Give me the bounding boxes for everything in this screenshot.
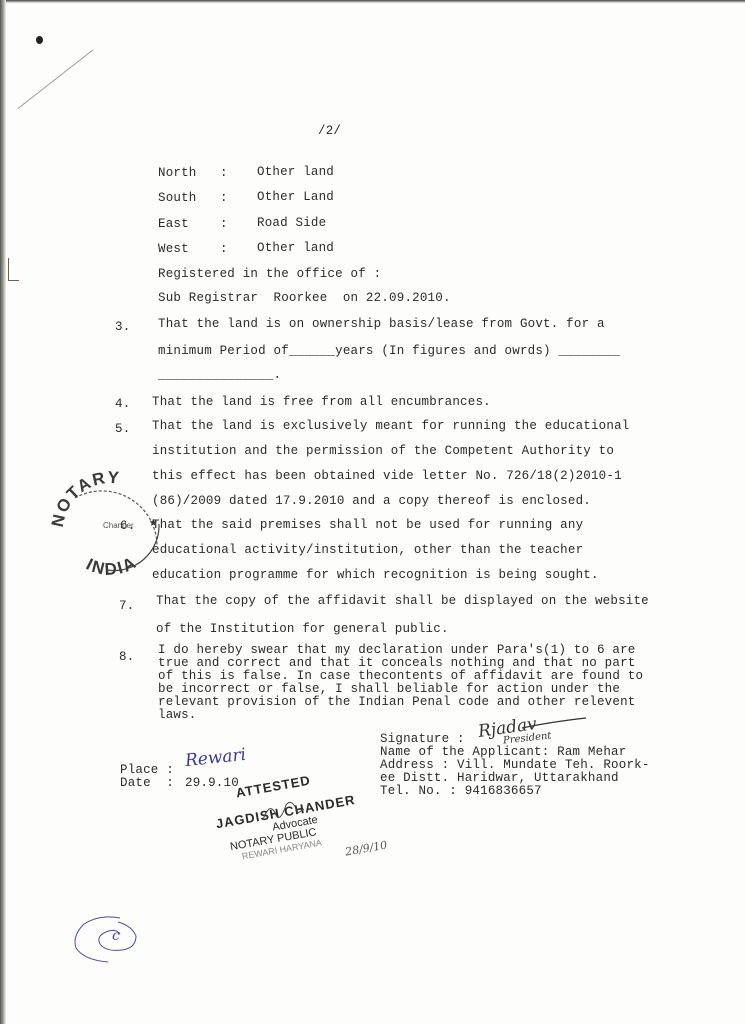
seal-star-icon: ★: [149, 515, 158, 531]
attested-signature-scribble: [258, 795, 308, 825]
seal-bottom-text: INDIA: [83, 552, 140, 579]
item-line: (86)/2009 dated 17.9.2010 and a copy the…: [152, 494, 591, 508]
item-number: 4.: [115, 397, 130, 411]
boundary-direction: East: [158, 217, 189, 231]
ink-blot: [36, 36, 43, 44]
applicant-telephone: Tel. No. : 9416836657: [380, 785, 542, 798]
item-line: minimum Period of______years (In figures…: [158, 344, 620, 358]
boundary-direction: North: [158, 166, 197, 180]
boundary-direction: South: [158, 191, 197, 205]
item-number: 7.: [119, 599, 134, 613]
item-number: 5.: [115, 422, 130, 436]
boundary-value: Other Land: [257, 190, 334, 204]
boundary-separator: :: [220, 242, 228, 256]
page-top-edge: [0, 0, 745, 3]
item-line: That the land is free from all encumbran…: [152, 395, 491, 409]
boundary-value: Other land: [257, 165, 334, 179]
svg-text:NOTARY: NOTARY: [48, 468, 122, 529]
date-label: Date :: [120, 777, 174, 790]
page-number: /2/: [318, 124, 341, 138]
item-line: relevant provision of the Indian Penal c…: [158, 696, 635, 709]
svg-text:INDIA: INDIA: [83, 552, 140, 579]
margin-mark: [8, 258, 19, 281]
place-handwritten: Rewari: [184, 745, 247, 771]
seal-inner-text: Chander: [103, 521, 134, 530]
item-line: That the said premises shall not be used…: [152, 518, 583, 532]
seal-top-text: NOTARY: [48, 468, 122, 529]
registered-office-label: Registered in the office of :: [158, 267, 381, 281]
item-line: That the land is on ownership basis/leas…: [158, 317, 605, 331]
circled-letter: c: [112, 928, 120, 944]
paper-crease: [18, 50, 93, 109]
item-line: That the land is exclusively meant for r…: [152, 419, 629, 433]
boundary-separator: :: [220, 217, 228, 231]
item-line: education programme for which recognitio…: [152, 568, 599, 582]
item-line: of the Institution for general public.: [156, 622, 449, 636]
boundary-value: Road Side: [257, 216, 326, 230]
circled-annotation: c: [70, 910, 145, 965]
notary-seal-stamp: NOTARY INDIA ★ Chander: [45, 458, 170, 583]
boundary-direction: West: [158, 242, 189, 256]
item-number: 3.: [115, 320, 130, 334]
item-line: _______________.: [158, 368, 281, 382]
item-line: institution and the permission of the Co…: [152, 444, 614, 458]
item-line: educational activity/institution, other …: [152, 543, 583, 557]
item-line: this effect has been obtained vide lette…: [152, 469, 622, 483]
item-line: That the copy of the affidavit shall be …: [156, 594, 649, 608]
page-left-edge: [0, 0, 6, 1024]
boundary-value: Other land: [257, 241, 334, 255]
boundary-separator: :: [220, 191, 228, 205]
boundary-separator: :: [220, 166, 228, 180]
signature-underline: [520, 716, 590, 730]
item-line: laws.: [158, 709, 197, 722]
registered-office-value: Sub Registrar Roorkee on 22.09.2010.: [158, 291, 451, 305]
item-number: 8.: [119, 650, 134, 664]
